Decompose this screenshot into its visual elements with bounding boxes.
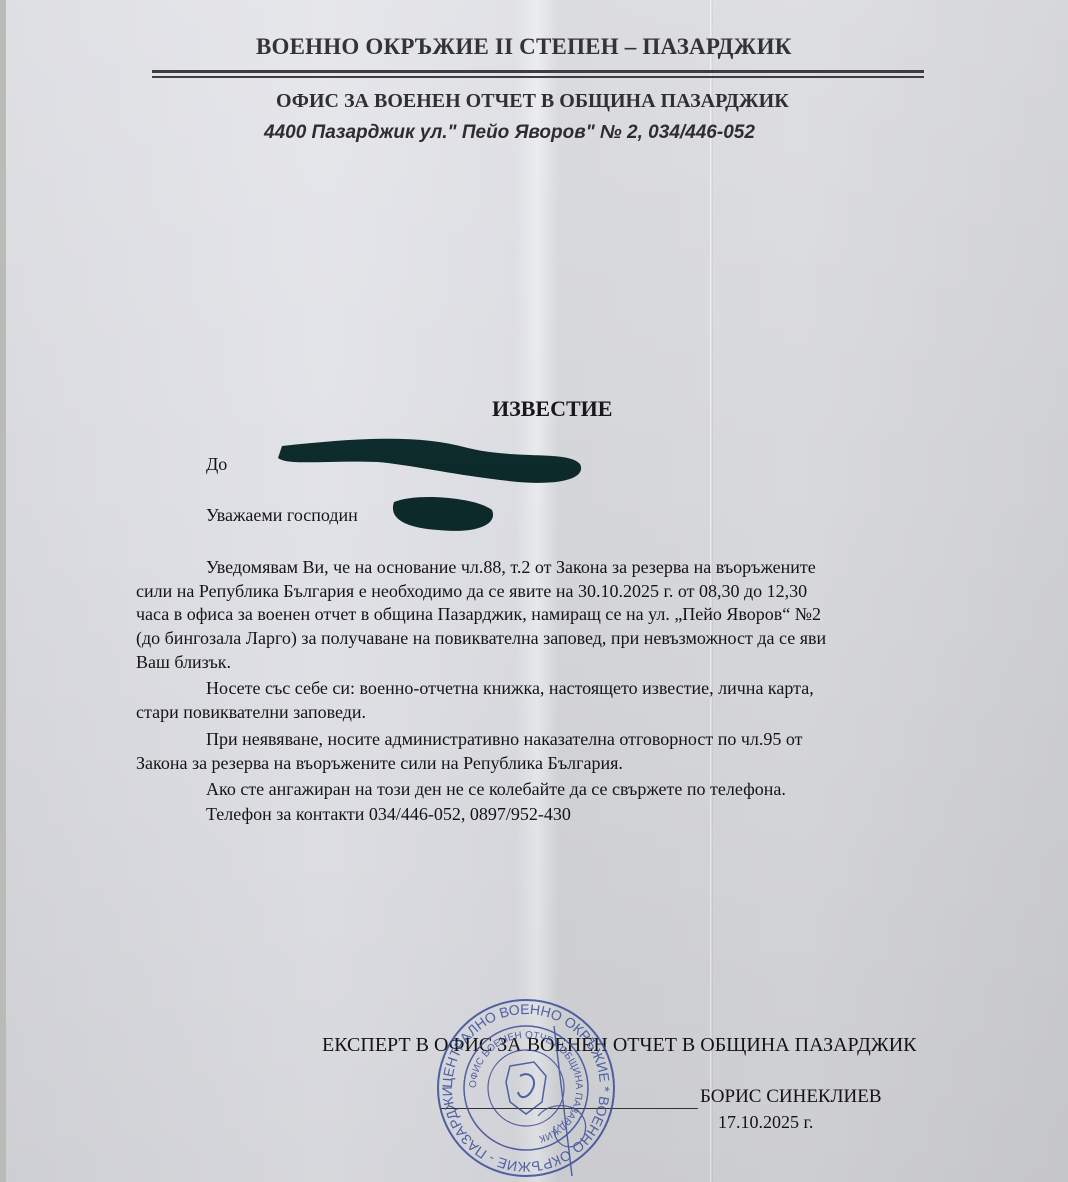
body-line: Носете със себе си: военно-отчетна книжк… (206, 677, 814, 700)
signatory-name: БОРИС СИНЕКЛИЕВ (700, 1086, 882, 1108)
signature-date: 17.10.2025 г. (718, 1112, 813, 1133)
svg-text:ОФИС ВОЕНЕН ОТЧЕТ ОБЩИНА ПАЗАР: ОФИС ВОЕНЕН ОТЧЕТ ОБЩИНА ПАЗАРДЖИК (468, 1030, 584, 1144)
body-line: Уведомявам Ви, че на основание чл.88, т.… (206, 556, 816, 579)
body-line: При неявяване, носите административно на… (206, 728, 803, 751)
official-stamp-icon: ЦЕНТРАЛНО ВОЕННО ОКРЪЖИЕ * ВОЕННО ОКРЪЖИ… (434, 996, 618, 1180)
body-line: сили на Република България е необходимо … (136, 580, 807, 603)
redaction-mark-name (388, 494, 496, 534)
header-rule-thick (152, 70, 924, 73)
body-line: часа в офиса за военен отчет в община Па… (136, 603, 821, 626)
body-line: Закона за резерва на въоръжените сили на… (136, 752, 623, 775)
signatory-title: ЕКСПЕРТ В ОФИС ЗА ВОЕНЕН ОТЧЕТ В ОБЩИНА … (322, 1034, 917, 1057)
greeting: Уважаеми господин (206, 505, 358, 526)
body-line: Телефон за контакти 034/446-052, 0897/95… (206, 803, 571, 826)
header-rule-thin (152, 76, 924, 78)
recipient-label: До (206, 454, 227, 475)
letterhead-address: 4400 Пазарджик ул." Пейо Яворов" № 2, 03… (264, 122, 755, 144)
body-line: стари повиквателни заповеди. (136, 701, 366, 724)
body-line: Ако сте ангажиран на този ден не се коле… (206, 778, 786, 801)
body-line: (до бингозала Ларго) за получаване на по… (136, 627, 826, 650)
document-title: ИЗВЕСТИЕ (492, 396, 612, 422)
letterhead-institution: ВОЕННО ОКРЪЖИЕ II СТЕПЕН – ПАЗАРДЖИК (256, 34, 792, 60)
letterhead-office: ОФИС ЗА ВОЕНЕН ОТЧЕТ В ОБЩИНА ПАЗАРДЖИК (276, 90, 789, 113)
redaction-mark-recipient (268, 436, 588, 488)
body-line: Ваш близък. (136, 651, 231, 674)
document-page: ВОЕННО ОКРЪЖИЕ II СТЕПЕН – ПАЗАРДЖИК ОФИ… (6, 0, 1068, 1182)
